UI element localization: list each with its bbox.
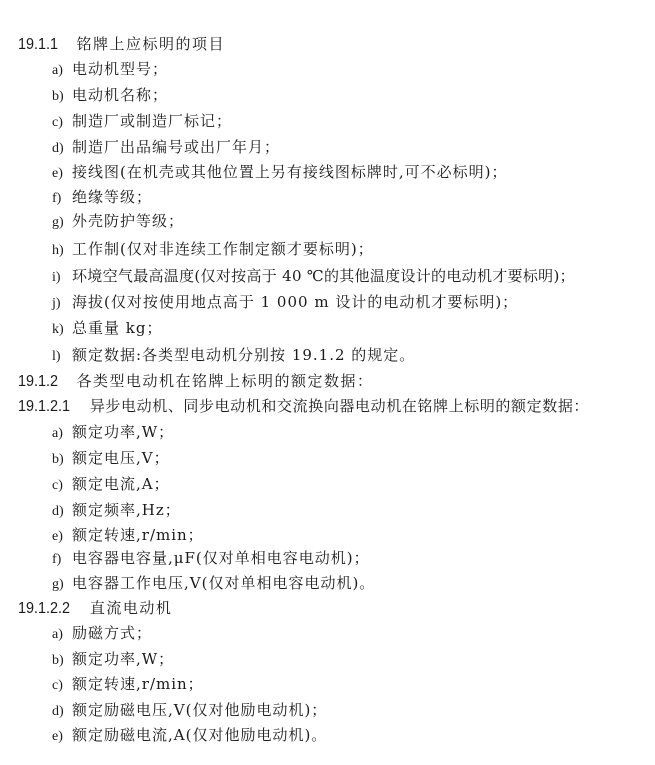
document-page: 19.1.1铭牌上应标明的项目 a)电动机型号； b)电动机名称； c)制造厂或… bbox=[0, 0, 655, 765]
list-item: e)额定励磁电流,A(仅对他励电动机)。 bbox=[52, 725, 327, 745]
item-mark: a) bbox=[52, 424, 72, 444]
item-text: 工作制(仅对非连续工作制定额才要标明)； bbox=[72, 239, 374, 259]
list-item: l)额定数据:各类型电动机分别按 19.1.2 的规定。 bbox=[52, 345, 415, 365]
item-mark: a) bbox=[52, 61, 72, 81]
item-mark: f) bbox=[52, 189, 72, 209]
item-text: 励磁方式； bbox=[72, 623, 152, 643]
item-text: 总重量 kg； bbox=[72, 318, 162, 338]
list-item: e)接线图(在机壳或其他位置上另有接线图标牌时,可不必标明)； bbox=[52, 162, 507, 182]
item-text: 海拔(仅对按使用地点高于 1 000 m 设计的电动机才要标明)； bbox=[72, 292, 518, 312]
item-text: 制造厂或制造厂标记； bbox=[72, 111, 232, 131]
section-number: 19.1.2 bbox=[18, 372, 58, 392]
list-item: c)额定转速,r/min； bbox=[52, 674, 204, 694]
item-mark: g) bbox=[52, 213, 72, 233]
item-mark: c) bbox=[52, 476, 72, 496]
item-text: 电动机型号； bbox=[72, 59, 168, 79]
list-item: a)励磁方式； bbox=[52, 623, 152, 643]
list-item: h)工作制(仅对非连续工作制定额才要标明)； bbox=[52, 239, 374, 259]
item-mark: b) bbox=[52, 87, 72, 107]
item-text: 环境空气最高温度(仅对按高于 40 ℃的其他温度设计的电动机才要标明)； bbox=[72, 266, 575, 286]
list-item: c)额定电流,A； bbox=[52, 474, 170, 494]
item-mark: e) bbox=[52, 164, 72, 184]
item-mark: b) bbox=[52, 450, 72, 470]
item-text: 额定转速,r/min； bbox=[72, 525, 204, 545]
item-text: 额定转速,r/min； bbox=[72, 674, 204, 694]
list-item: b)电动机名称； bbox=[52, 85, 168, 105]
section-heading-19-1-1: 19.1.1铭牌上应标明的项目 bbox=[18, 34, 225, 54]
list-item: a)电动机型号； bbox=[52, 59, 168, 79]
section-number: 19.1.2.1 bbox=[18, 397, 70, 417]
item-text: 额定功率,W； bbox=[72, 649, 174, 669]
list-item: f)电容器电容量,μF(仅对单相电容电动机)； bbox=[52, 548, 370, 568]
section-title: 铭牌上应标明的项目 bbox=[76, 34, 225, 54]
list-item: f)绝缘等级； bbox=[52, 187, 152, 207]
item-mark: a) bbox=[52, 625, 72, 645]
item-text: 外壳防护等级； bbox=[72, 211, 184, 231]
list-item: g)外壳防护等级； bbox=[52, 211, 184, 231]
section-title: 各类型电动机在铭牌上标明的额定数据： bbox=[76, 371, 373, 391]
item-mark: i) bbox=[52, 268, 72, 288]
item-mark: e) bbox=[52, 527, 72, 547]
section-number: 19.1.1 bbox=[18, 35, 58, 55]
item-mark: g) bbox=[52, 575, 72, 595]
list-item: c)制造厂或制造厂标记； bbox=[52, 111, 232, 131]
section-number: 19.1.2.2 bbox=[18, 599, 70, 619]
item-mark: d) bbox=[52, 502, 72, 522]
item-text: 电容器电容量,μF(仅对单相电容电动机)； bbox=[72, 548, 370, 568]
item-mark: c) bbox=[52, 113, 72, 133]
section-heading-19-1-2-1: 19.1.2.1异步电动机、同步电动机和交流换向器电动机在铭牌上标明的额定数据： bbox=[18, 396, 589, 416]
item-mark: h) bbox=[52, 241, 72, 261]
item-text: 额定频率,Hz； bbox=[72, 500, 181, 520]
list-item: g)电容器工作电压,V(仅对单相电容电动机)。 bbox=[52, 573, 375, 593]
item-mark: c) bbox=[52, 676, 72, 696]
section-title: 异步电动机、同步电动机和交流换向器电动机在铭牌上标明的额定数据： bbox=[90, 396, 589, 416]
item-mark: d) bbox=[52, 139, 72, 159]
list-item: i)环境空气最高温度(仅对按高于 40 ℃的其他温度设计的电动机才要标明)； bbox=[52, 266, 575, 286]
item-mark: j) bbox=[52, 294, 72, 314]
item-text: 额定电压,V； bbox=[72, 448, 170, 468]
item-mark: k) bbox=[52, 320, 72, 340]
item-text: 电动机名称； bbox=[72, 85, 168, 105]
item-text: 额定功率,W； bbox=[72, 422, 174, 442]
item-text: 绝缘等级； bbox=[72, 187, 152, 207]
section-heading-19-1-2-2: 19.1.2.2直流电动机 bbox=[18, 598, 172, 618]
item-mark: e) bbox=[52, 727, 72, 747]
list-item: d)额定励磁电压,V(仅对他励电动机)； bbox=[52, 700, 327, 720]
list-item: d)制造厂出品编号或出厂年月； bbox=[52, 137, 280, 157]
item-text: 制造厂出品编号或出厂年月； bbox=[72, 137, 280, 157]
list-item: e)额定转速,r/min； bbox=[52, 525, 204, 545]
item-text: 接线图(在机壳或其他位置上另有接线图标牌时,可不必标明)； bbox=[72, 162, 507, 182]
item-text: 额定电流,A； bbox=[72, 474, 170, 494]
item-mark: b) bbox=[52, 651, 72, 671]
list-item: b)额定电压,V； bbox=[52, 448, 170, 468]
item-mark: l) bbox=[52, 347, 72, 367]
section-title: 直流电动机 bbox=[90, 598, 173, 618]
list-item: a)额定功率,W； bbox=[52, 422, 174, 442]
section-heading-19-1-2: 19.1.2各类型电动机在铭牌上标明的额定数据： bbox=[18, 371, 374, 391]
list-item: d)额定频率,Hz； bbox=[52, 500, 181, 520]
list-item: j)海拔(仅对按使用地点高于 1 000 m 设计的电动机才要标明)； bbox=[52, 292, 518, 312]
item-text: 电容器工作电压,V(仅对单相电容电动机)。 bbox=[72, 573, 375, 593]
list-item: k)总重量 kg； bbox=[52, 318, 162, 338]
list-item: b)额定功率,W； bbox=[52, 649, 174, 669]
item-text: 额定数据:各类型电动机分别按 19.1.2 的规定。 bbox=[72, 345, 415, 365]
item-mark: d) bbox=[52, 702, 72, 722]
item-text: 额定励磁电流,A(仅对他励电动机)。 bbox=[72, 725, 327, 745]
item-mark: f) bbox=[52, 550, 72, 570]
item-text: 额定励磁电压,V(仅对他励电动机)； bbox=[72, 700, 327, 720]
